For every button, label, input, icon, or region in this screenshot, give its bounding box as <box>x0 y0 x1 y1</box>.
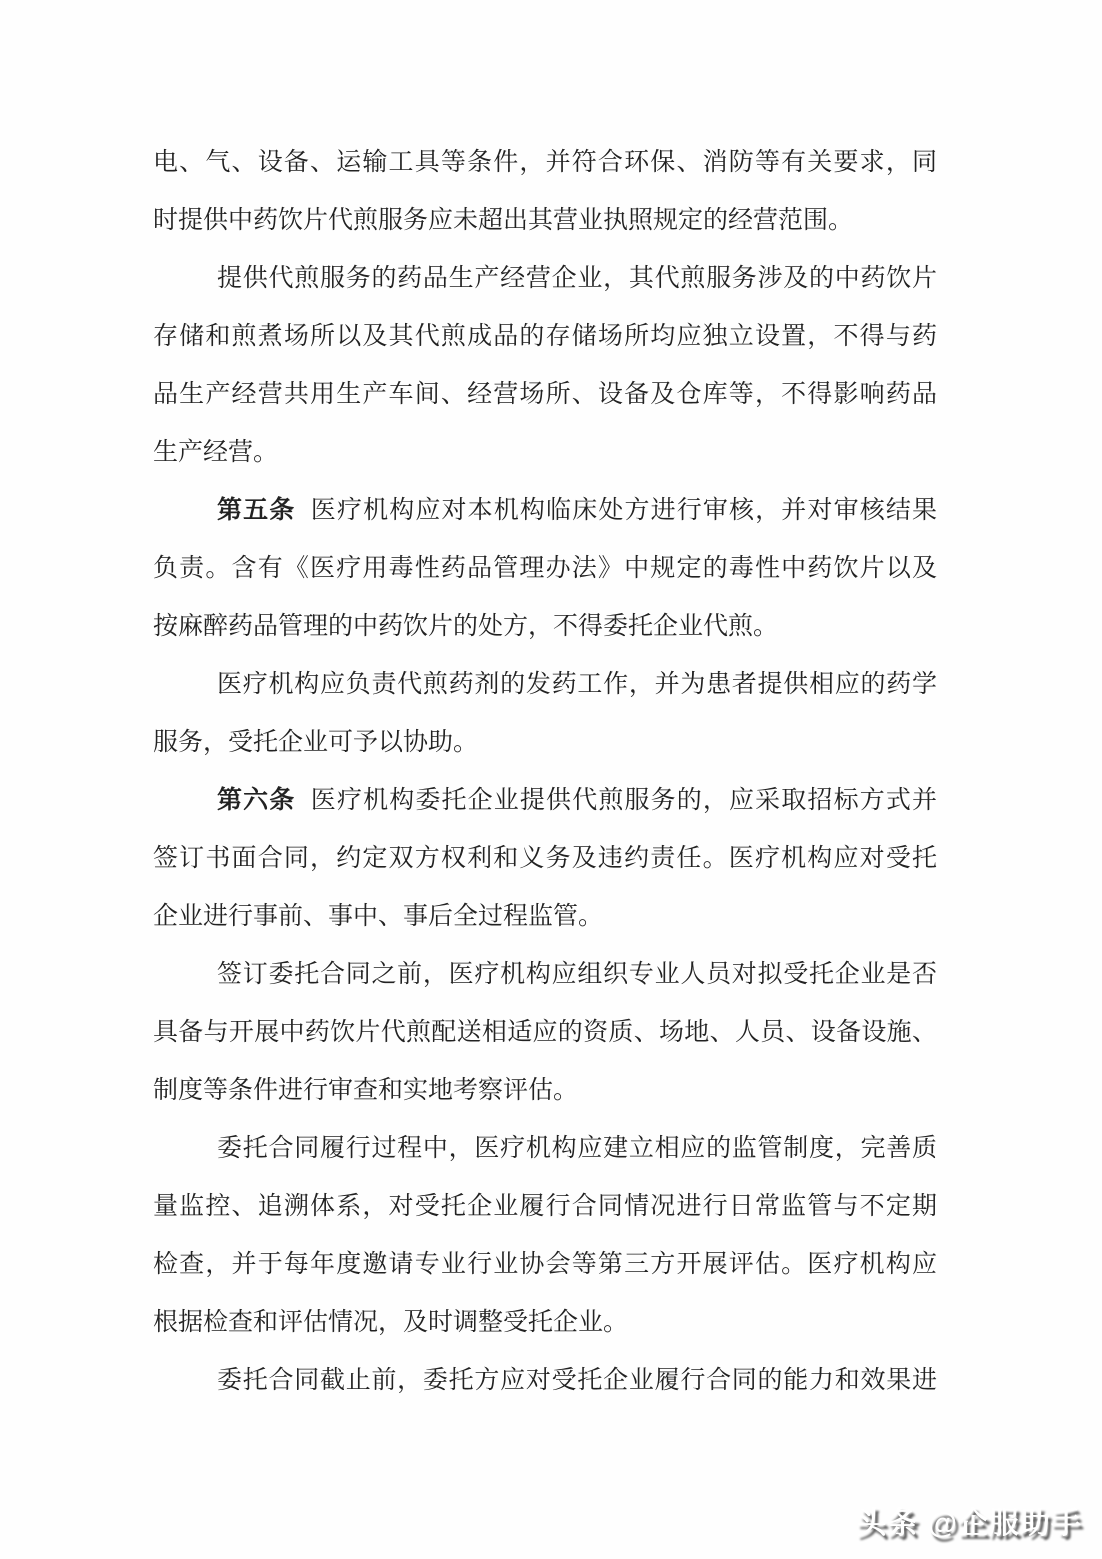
text-line: 委托合同截止前，委托方应对受托企业履行合同的能力和效果进 <box>153 1352 937 1410</box>
article-number: 第五条 <box>217 497 295 524</box>
watermark-badge: 头条 @企服助手 <box>856 1498 1082 1542</box>
text-line: 签订书面合同，约定双方权利和义务及违约责任。医疗机构应对受托 <box>153 830 937 888</box>
text-line: 量监控、追溯体系，对受托企业履行合同情况进行日常监管与不定期 <box>153 1178 937 1236</box>
text-line: 生产经营。 <box>153 424 937 482</box>
text-line: 第五条 医疗机构应对本机构临床处方进行审核，并对审核结果 <box>153 482 937 540</box>
text-line: 服务，受托企业可予以协助。 <box>153 714 937 772</box>
document-content: 电、气、设备、运输工具等条件，并符合环保、消防等有关要求，同时提供中药饮片代煎服… <box>153 134 937 1410</box>
text-line: 存储和煎煮场所以及其代煎成品的存储场所均应独立设置，不得与药 <box>153 308 937 366</box>
text-line: 企业进行事前、事中、事后全过程监管。 <box>153 888 937 946</box>
text-line: 委托合同履行过程中，医疗机构应建立相应的监管制度，完善质 <box>153 1120 937 1178</box>
text-line: 负责。含有《医疗用毒性药品管理办法》中规定的毒性中药饮片以及 <box>153 540 937 598</box>
text-line: 电、气、设备、运输工具等条件，并符合环保、消防等有关要求，同 <box>153 134 937 192</box>
text-line-body: 医疗机构应对本机构临床处方进行审核，并对审核结果 <box>303 497 937 524</box>
article-number: 第六条 <box>217 787 295 814</box>
text-line: 品生产经营共用生产车间、经营场所、设备及仓库等，不得影响药品 <box>153 366 937 424</box>
text-line: 第六条 医疗机构委托企业提供代煎服务的，应采取招标方式并 <box>153 772 937 830</box>
text-line: 签订委托合同之前，医疗机构应组织专业人员对拟受托企业是否 <box>153 946 937 1004</box>
text-line: 医疗机构应负责代煎药剂的发药工作，并为患者提供相应的药学 <box>153 656 937 714</box>
text-line-body: 医疗机构委托企业提供代煎服务的，应采取招标方式并 <box>303 787 937 814</box>
text-line: 根据检查和评估情况，及时调整受托企业。 <box>153 1294 937 1352</box>
text-line: 按麻醉药品管理的中药饮片的处方，不得委托企业代煎。 <box>153 598 937 656</box>
text-line: 制度等条件进行审查和实地考察评估。 <box>153 1062 937 1120</box>
document-page: 电、气、设备、运输工具等条件，并符合环保、消防等有关要求，同时提供中药饮片代煎服… <box>0 0 1102 1559</box>
text-line: 提供代煎服务的药品生产经营企业，其代煎服务涉及的中药饮片 <box>153 250 937 308</box>
text-line: 检查，并于每年度邀请专业行业协会等第三方开展评估。医疗机构应 <box>153 1236 937 1294</box>
text-line: 具备与开展中药饮片代煎配送相适应的资质、场地、人员、设备设施、 <box>153 1004 937 1062</box>
text-line: 时提供中药饮片代煎服务应未超出其营业执照规定的经营范围。 <box>153 192 937 250</box>
